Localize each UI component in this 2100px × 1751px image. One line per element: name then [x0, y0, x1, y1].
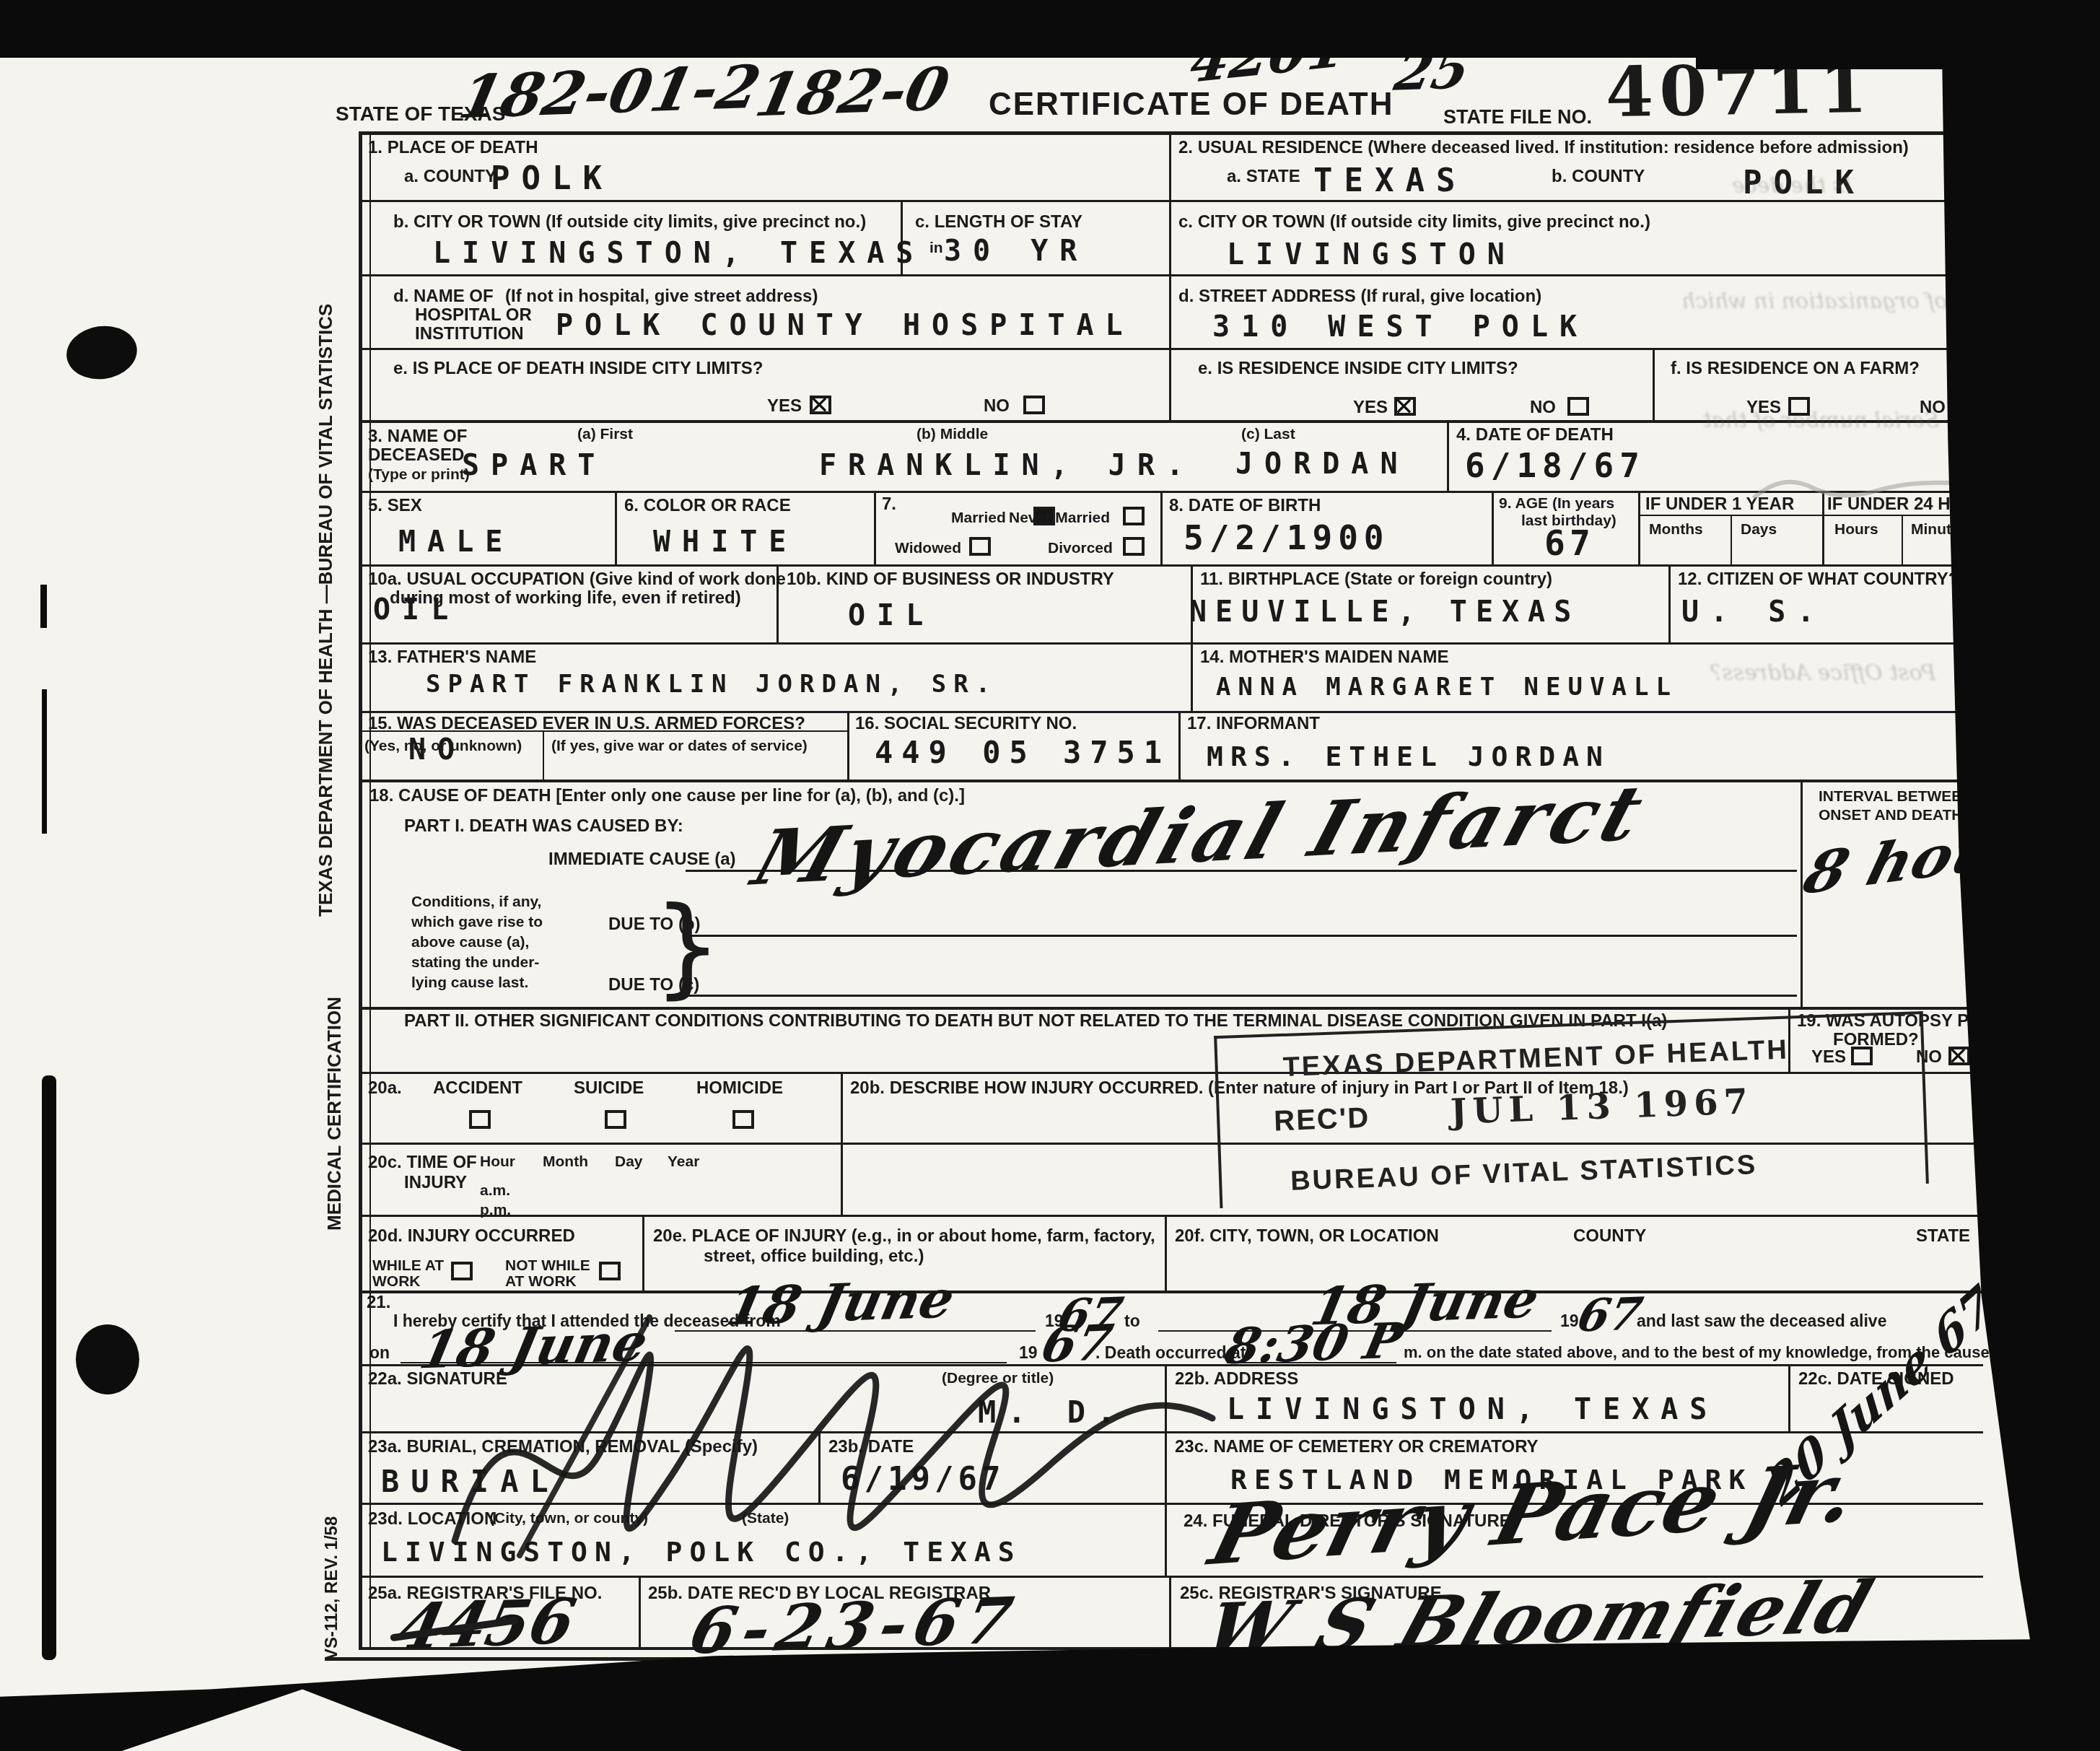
immediate-cause-label: IMMEDIATE CAUSE (a) — [548, 850, 736, 869]
field-19-no-checkbox — [1948, 1047, 1970, 1065]
faint-pencil-scribble — [1746, 455, 1977, 520]
suicide-checkbox — [605, 1110, 626, 1129]
field-16-label: 16. SOCIAL SECURITY NO. — [855, 715, 1077, 733]
field-7-divorced-label: Divorced — [1048, 540, 1113, 556]
field-7-never-married-checkbox — [1123, 507, 1145, 525]
conditions-note-1: Conditions, if any, — [411, 894, 541, 910]
field-18-heading: 18. CAUSE OF DEATH [Enter only one cause… — [369, 787, 965, 805]
field-20f-label: 20f. CITY, TOWN, OR LOCATION — [1175, 1227, 1439, 1246]
bleedthrough-text-4: Post Office Address? — [1710, 660, 1936, 686]
field-8-label: 8. DATE OF BIRTH — [1169, 497, 1321, 515]
field-21-number: 21. — [367, 1293, 390, 1312]
field-20c-label2: INJURY — [404, 1174, 467, 1192]
handwritten-code-2: 182-0 — [750, 54, 955, 130]
field-2e-label: e. IS RESIDENCE INSIDE CITY LIMITS? — [1198, 359, 1518, 378]
field-10b-value: OIL — [848, 599, 935, 632]
pm-label: p.m. — [480, 1202, 511, 1218]
field-1b-value: LIVINGSTON, TEXAS — [433, 237, 924, 270]
field-3-middle-value: FRANKLIN, JR. — [819, 449, 1195, 482]
field-2d-label: d. STREET ADDRESS (If rural, give locati… — [1178, 287, 1541, 306]
margin-medical-certification-text: MEDICAL CERTIFICATION — [323, 978, 346, 1231]
field-9-value: 67 — [1544, 523, 1595, 564]
field-3-middle-label: (b) Middle — [916, 426, 988, 442]
field-4-value: 6/18/67 — [1465, 446, 1645, 485]
field-1e-yes-label: YES — [767, 397, 802, 416]
field-1d-value: POLK COUNTY HOSPITAL — [556, 309, 1134, 342]
margin-form-number: VS-112, REV. 1/58 — [322, 1465, 342, 1660]
field-1c-label: c. LENGTH OF STAY — [915, 213, 1082, 232]
field-2e-yes-label: YES — [1353, 398, 1388, 417]
field-3-label3: (Type or print) — [368, 466, 470, 483]
field-10b-label: 10b. KIND OF BUSINESS OR INDUSTRY — [787, 570, 1114, 589]
field-7-label: 7. — [882, 495, 896, 514]
field-13-label: 13. FATHER'S NAME — [368, 648, 536, 667]
month-label: Month — [543, 1153, 588, 1170]
margin-department-text: TEXAS DEPARTMENT OF HEALTH —BUREAU OF VI… — [315, 339, 337, 917]
field-2f-label: f. IS RESIDENCE ON A FARM? — [1671, 359, 1920, 378]
accident-label: ACCIDENT — [433, 1079, 522, 1098]
conditions-note-2: which gave rise to — [411, 914, 543, 930]
punch-hole-bottom — [76, 1324, 139, 1394]
field-2c-label: c. CITY OR TOWN (If outside city limits,… — [1178, 213, 1650, 232]
field-3-label2: DECEASED — [368, 446, 464, 465]
conditions-note-4: stating the under- — [411, 954, 539, 971]
homicide-label: HOMICIDE — [696, 1079, 783, 1098]
punch-hole-top — [63, 322, 140, 384]
field-1c-value: 30 YR — [944, 235, 1088, 268]
field-3-last-value: JORDAN — [1235, 447, 1409, 481]
field-1-heading: 1. PLACE OF DEATH — [368, 139, 538, 157]
field-20d-label: 20d. INJURY OCCURRED — [368, 1227, 575, 1246]
year-label: Year — [668, 1153, 699, 1170]
field-12-label: 12. CITIZEN OF WHAT COUNTRY? — [1678, 570, 1959, 589]
field-2a-value: TEXAS — [1313, 162, 1466, 199]
death-certificate-scan: TEXAS DEPARTMENT OF HEALTH —BUREAU OF VI… — [0, 0, 2100, 1751]
field-2b-label: b. COUNTY — [1552, 167, 1645, 186]
field-11-label: 11. BIRTHPLACE (State or foreign country… — [1200, 570, 1552, 589]
field-2c-value: LIVINGSTON — [1227, 238, 1516, 271]
state-file-no-label: STATE FILE NO. — [1443, 107, 1592, 128]
part1-label: PART I. DEATH WAS CAUSED BY: — [404, 817, 683, 836]
field-4-label: 4. DATE OF DEATH — [1456, 426, 1614, 445]
field-14-label: 14. MOTHER'S MAIDEN NAME — [1200, 648, 1448, 667]
field-13-value: SPART FRANKLIN JORDAN, SR. — [426, 670, 997, 699]
field-9-label: 9. AGE (In years — [1499, 495, 1614, 512]
field-16-value: 449 05 3751 — [875, 735, 1171, 770]
interval-label-1: INTERVAL BETWEEN — [1819, 788, 1973, 805]
field-1b-label: b. CITY OR TOWN (If outside city limits,… — [393, 213, 866, 232]
field-17-label: 17. INFORMANT — [1187, 715, 1320, 733]
scan-left-mark-1 — [40, 585, 47, 628]
field-5-value: MALE — [398, 525, 514, 559]
field-7-widowed-checkbox — [969, 537, 991, 556]
field-15-sub2-label: (If yes, give war or dates of service) — [551, 738, 808, 754]
field-1a-value: POLK — [491, 160, 613, 197]
field-7-widowed-label: Widowed — [895, 540, 961, 556]
field-7-married-label: Married — [951, 510, 1006, 526]
field-20a-label: 20a. — [368, 1079, 402, 1098]
field-20c-label1: 20c. TIME OF — [368, 1153, 477, 1172]
field-10a-value: OIL — [373, 593, 460, 626]
certify-on: on — [369, 1344, 390, 1362]
stamp-line-2: BUREAU OF VITAL STATISTICS — [1290, 1150, 1757, 1197]
field-1e-label: e. IS PLACE OF DEATH INSIDE CITY LIMITS? — [393, 359, 763, 378]
field-10a-label: 10a. USUAL OCCUPATION (Give kind of work… — [368, 570, 786, 589]
interval-label-2: ONSET AND DEATH — [1819, 807, 1963, 824]
attended-to-year-handwriting: 67 — [1573, 1288, 1648, 1342]
due-to-c-label: DUE TO (c) — [608, 976, 699, 995]
under-1-year-months-label: Months — [1649, 521, 1703, 538]
field-3-first-value: SPART — [462, 449, 606, 482]
field-2d-value: 310 WEST POLK — [1212, 310, 1588, 344]
field-7-never-married-label: Never Married — [1009, 510, 1110, 526]
under-24-hrs-hours-label: Hours — [1834, 521, 1878, 538]
scan-left-streak — [42, 1075, 56, 1660]
field-20f-county-label: COUNTY — [1573, 1227, 1646, 1246]
field-2e-no-label: NO — [1530, 398, 1556, 417]
field-22b-value: LIVINGSTON, TEXAS — [1227, 1393, 1718, 1426]
due-to-b-label: DUE TO (b) — [608, 915, 701, 934]
stamp-recd-label: REC'D — [1274, 1102, 1370, 1138]
under-1-year-days-label: Days — [1741, 521, 1777, 538]
bleedthrough-text-1: Is the dece — [1732, 173, 1852, 198]
certify-text-2: and last saw the deceased alive — [1637, 1312, 1886, 1330]
stamp-date: JUL 13 1967 — [1450, 1081, 1754, 1132]
field-15-label: 15. WAS DECEASED EVER IN U.S. ARMED FORC… — [368, 715, 805, 733]
suicide-label: SUICIDE — [574, 1079, 644, 1098]
field-6-label: 6. COLOR OR RACE — [624, 497, 791, 515]
field-2a-label: a. STATE — [1227, 167, 1300, 186]
scan-left-mark-2 — [42, 689, 47, 834]
field-2e-yes-checkbox — [1394, 397, 1416, 416]
field-20f-state-label: STATE — [1916, 1227, 1970, 1246]
hour-label: Hour — [480, 1153, 515, 1170]
conditions-note-5: lying cause last. — [411, 974, 528, 991]
field-2e-no-checkbox — [1567, 397, 1589, 416]
field-1a-label: a. COUNTY — [404, 167, 496, 186]
field-7-divorced-checkbox — [1123, 537, 1145, 556]
field-1e-yes-checkbox — [810, 396, 831, 414]
stamp-line-1: TEXAS DEPARTMENT OF HEALTH — [1282, 1034, 1790, 1083]
field-14-value: ANNA MARGARET NEUVALL — [1216, 673, 1678, 702]
field-3-first-label: (a) First — [577, 426, 633, 442]
am-label: a.m. — [480, 1182, 510, 1199]
handwritten-code-1: 182-01-2 — [453, 53, 766, 132]
field-2-heading: 2. USUAL RESIDENCE (Where deceased lived… — [1178, 139, 1909, 157]
homicide-checkbox — [732, 1110, 754, 1129]
day-label: Day — [615, 1153, 643, 1170]
field-1d-label3: INSTITUTION — [415, 325, 524, 344]
field-11-value: NEUVILLE, TEXAS — [1189, 595, 1580, 629]
field-5-label: 5. SEX — [368, 497, 422, 515]
field-1d-label: d. NAME OF — [393, 287, 494, 306]
field-12-value: U. S. — [1681, 595, 1826, 629]
field-3-label1: 3. NAME OF — [368, 427, 467, 446]
field-1c-in-label: in — [929, 240, 943, 256]
field-3-last-label: (c) Last — [1241, 426, 1295, 442]
bleedthrough-text-3: Serial number of that — [1703, 408, 1939, 433]
accident-checkbox — [469, 1110, 491, 1129]
field-1e-no-checkbox — [1023, 396, 1045, 414]
field-15-value: NO — [408, 733, 466, 767]
scan-bottom-band — [0, 1628, 2100, 1751]
field-20e-label: 20e. PLACE OF INJURY (e.g., in or about … — [653, 1227, 1155, 1246]
field-1d-label2: HOSPITAL OR — [415, 306, 532, 325]
field-1e-no-label: NO — [984, 397, 1010, 416]
received-stamp: TEXAS DEPARTMENT OF HEALTH REC'D JUL 13 … — [1214, 1011, 1929, 1208]
physician-signature — [404, 1252, 1256, 1563]
field-6-value: WHITE — [653, 525, 797, 559]
conditions-note-3: above cause (a), — [411, 934, 529, 951]
field-8-value: 5/2/1900 — [1184, 518, 1390, 557]
field-17-value: MRS. ETHEL JORDAN — [1207, 741, 1610, 772]
field-1d-note: (If not in hospital, give street address… — [505, 287, 818, 306]
